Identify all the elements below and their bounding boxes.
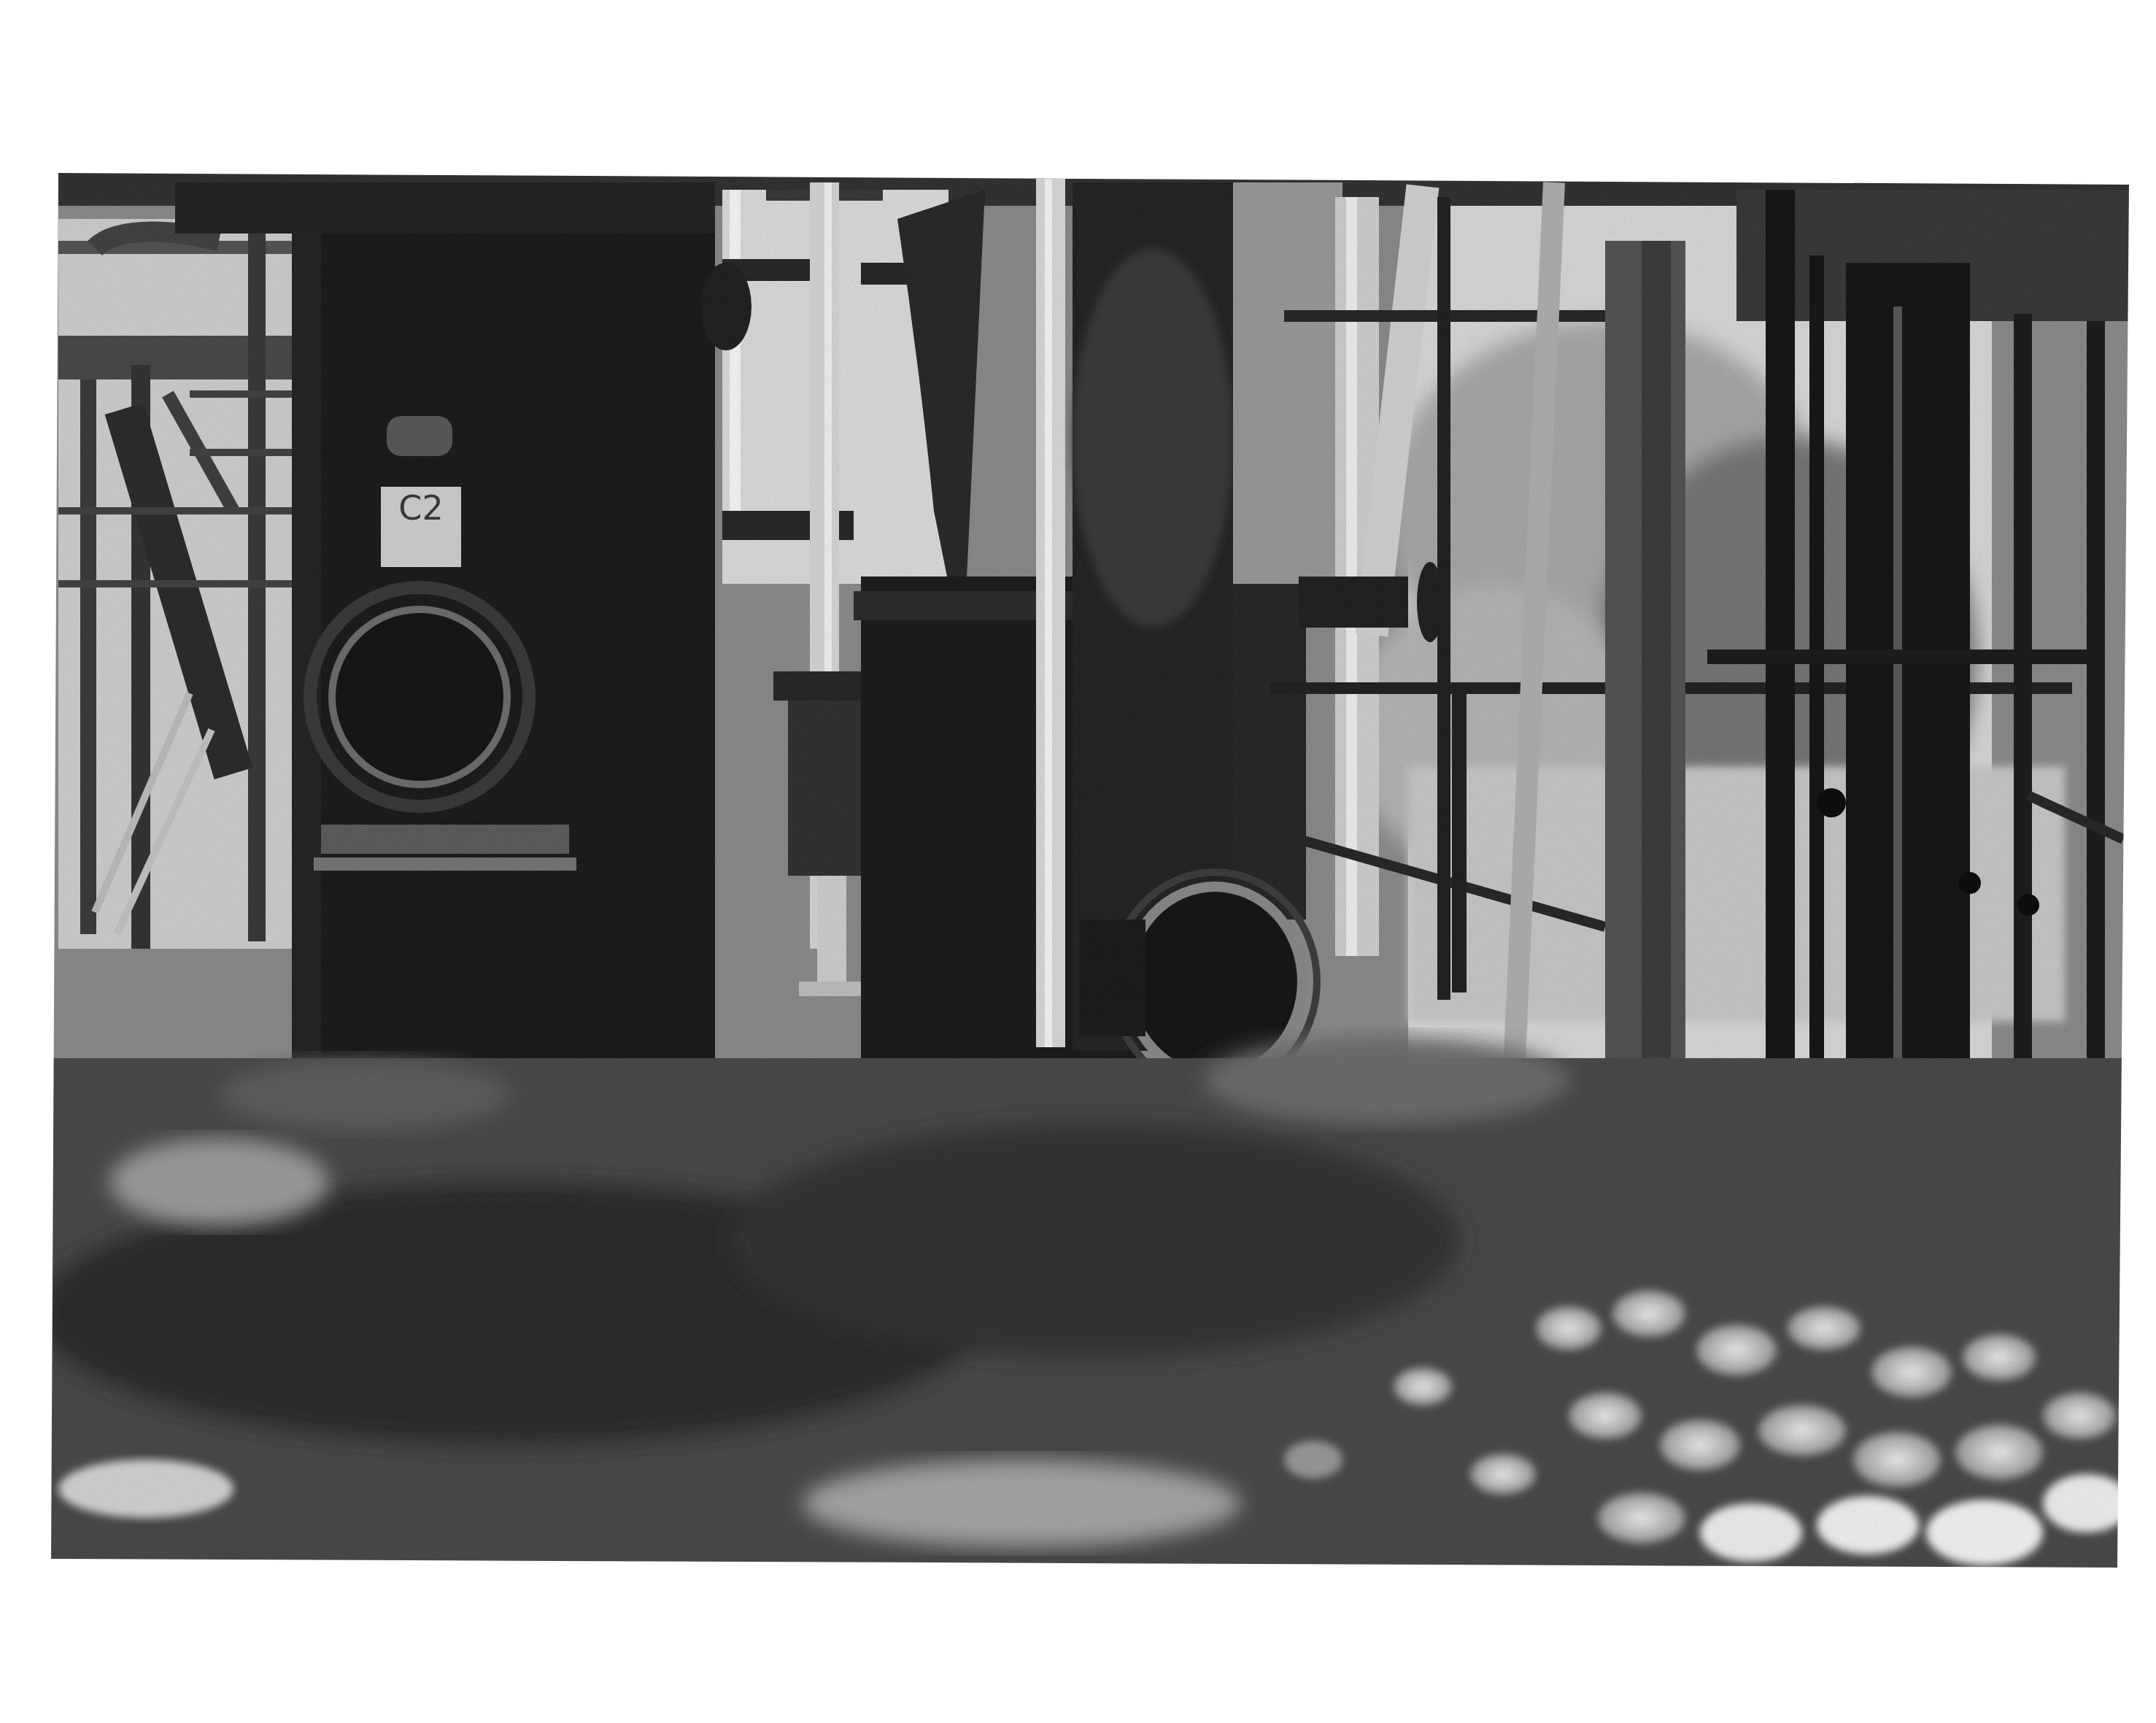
manhole-flange [332, 609, 507, 785]
column-label-text: C2 [398, 488, 443, 528]
photograph: C2 [0, 0, 2156, 1723]
photo-image: C2 [36, 168, 2145, 1584]
